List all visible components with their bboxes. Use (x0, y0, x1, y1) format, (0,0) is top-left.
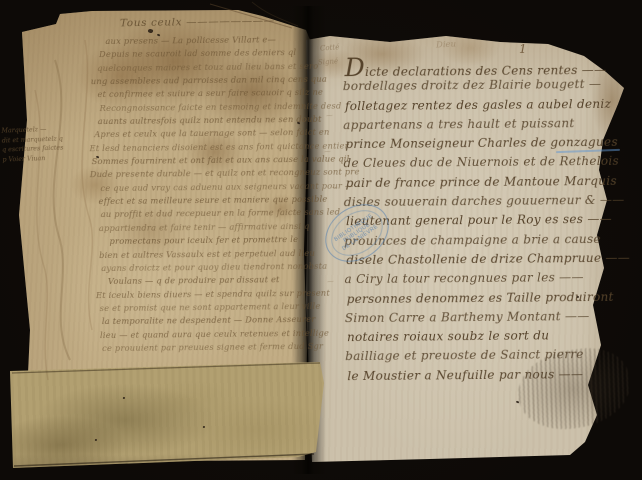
ink-specks-layer (0, 0, 642, 480)
ink-speck (516, 400, 520, 403)
ink-speck (123, 397, 125, 399)
ink-speck (147, 28, 153, 34)
ink-speck (95, 439, 97, 441)
ink-speck (157, 33, 161, 36)
ink-speck (297, 121, 301, 124)
ink-speck (203, 426, 205, 428)
manuscript-scan: Tous ceulx ———————— Marquetelz —dit et m… (0, 0, 642, 480)
ink-speck (577, 296, 579, 298)
ink-speck (96, 155, 100, 158)
